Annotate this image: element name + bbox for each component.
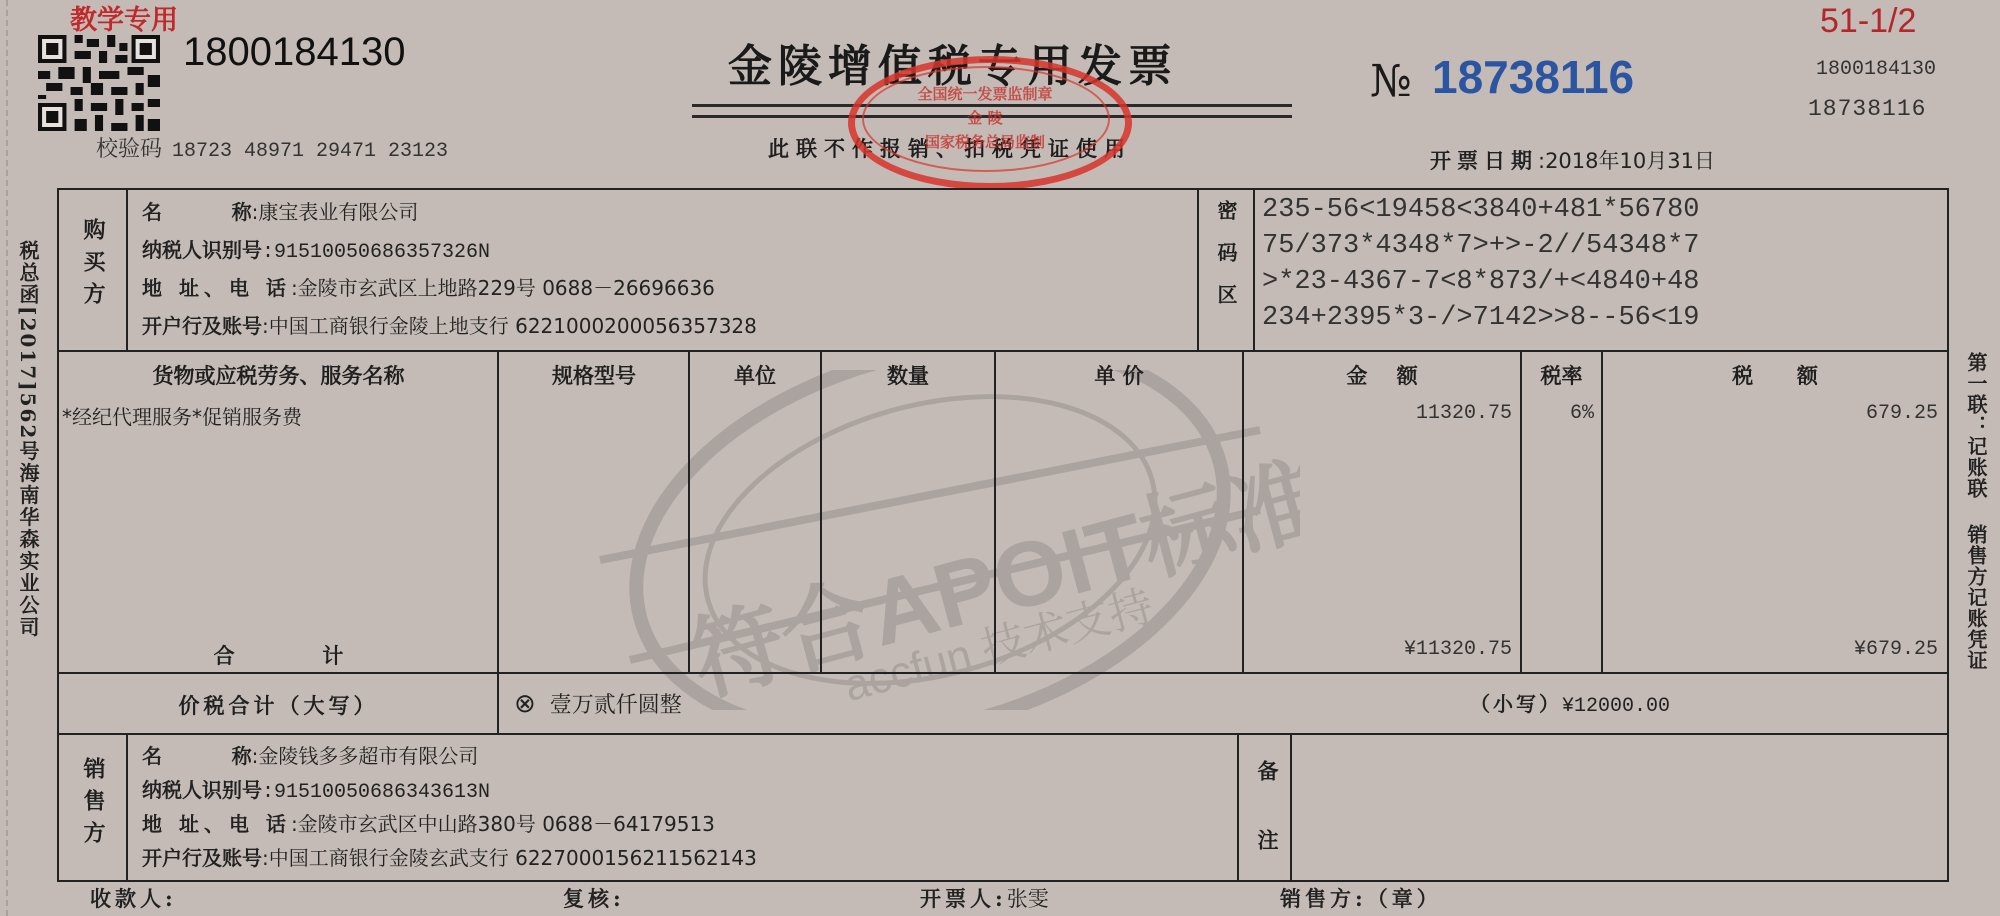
grand-total-small-row: （小写）¥12000.00: [1470, 688, 1670, 718]
header-spec: 规格型号: [500, 360, 688, 390]
seller-address: :金陵市玄武区中山路380号 0688－64179513: [291, 812, 715, 836]
buyer-name: :康宝表业有限公司: [252, 200, 419, 224]
password-label-divider: [1253, 188, 1255, 350]
seller-bank-row: 开户行及账号:中国工商银行金陵玄武支行 6227000156211562143: [142, 842, 757, 871]
seller-address-row: 地 址、电 话:金陵市玄武区中山路380号 0688－64179513: [142, 808, 715, 837]
col-divider-1: [497, 350, 499, 733]
table-right-border: [1947, 188, 1949, 882]
grand-total-uppercase: 壹万贰仟圆整: [550, 693, 682, 718]
drawer-name: 张雯: [1007, 887, 1049, 911]
seller-label-divider: [126, 733, 128, 880]
issue-date-label: 开票日期: [1430, 148, 1538, 173]
teaching-use-mark: 教学专用: [70, 0, 178, 37]
total-amount: ¥11320.75: [1250, 638, 1512, 661]
total-bottom-border: [57, 733, 1949, 735]
payee: 收款人:: [90, 883, 177, 913]
qr-code-icon: [38, 35, 160, 131]
apoit-watermark-icon: 符合APOIT标准 accfun 技术支持: [560, 370, 1300, 710]
number-symbol: №: [1370, 56, 1412, 107]
right-invoice-code: 1800184130: [1816, 58, 1936, 81]
grand-total-label: 价税合计（大写）: [60, 690, 497, 720]
col-divider-2: [688, 350, 690, 672]
password-line: 234+2395*3-/>7142>>8--56<19: [1262, 300, 1699, 336]
col-divider-6: [1520, 350, 1522, 672]
seller-bank: :中国工商银行金陵玄武支行 6227000156211562143: [262, 846, 757, 870]
form-code: 51-1/2: [1820, 2, 1916, 41]
table-bottom-border: [57, 880, 1949, 882]
buyer-bottom-border: [57, 350, 1949, 352]
check-code-value: 18723 48971 29471 23123: [172, 140, 448, 163]
header-amount: 金 额: [1244, 360, 1520, 390]
buyer-password-divider: [1197, 188, 1199, 350]
buyer-taxid-row: 纳税人识别号:91510050686357326N: [142, 234, 490, 264]
buyer-tax-id: :91510050686357326N: [262, 241, 490, 264]
password-line: 235-56<19458<3840+481*56780: [1262, 192, 1699, 228]
remark-label-divider: [1290, 733, 1292, 880]
col-divider-3: [820, 350, 822, 672]
check-code: 校验码18723 48971 29471 23123: [96, 132, 448, 163]
header-unit: 单位: [690, 360, 820, 390]
item-tax-rate: 6%: [1522, 402, 1594, 425]
supervision-stamp-text: 全国统一发票监制章 金 陵 国家税务总局监制: [880, 82, 1090, 154]
issue-date-value: :2018年10月31日: [1538, 149, 1715, 173]
header-goods-name: 货物或应税劳务、服务名称: [60, 360, 497, 390]
buyer-name-row: 名 称:康宝表业有限公司: [142, 196, 418, 225]
header-tax-rate: 税率: [1522, 360, 1601, 390]
buyer-address: :金陵市玄武区上地路229号 0688－26696636: [291, 276, 715, 300]
copy-designation-text: 第一联：记账联 销售方记账凭证: [1962, 352, 1991, 671]
reviewer: 复核:: [563, 883, 625, 913]
grand-total-small-value: ¥12000.00: [1562, 695, 1670, 718]
buyer-section-label: 购买方: [78, 218, 109, 314]
seller-remark-divider: [1237, 733, 1239, 880]
password-area: 235-56<19458<3840+481*56780 75/373*4348*…: [1262, 192, 1699, 336]
item-tax-amount: 679.25: [1610, 402, 1938, 425]
invoice-code: 1800184130: [183, 30, 405, 75]
seller-seal: 销售方:（章）: [1280, 883, 1442, 913]
buyer-bank: :中国工商银行金陵上地支行 6221000200056357328: [262, 314, 757, 338]
password-line: >*23-4367-7<8*873/+<4840+48: [1262, 264, 1699, 300]
buyer-label-divider: [126, 188, 128, 350]
seller-section-label: 销售方: [78, 757, 109, 853]
col-divider-7: [1601, 350, 1603, 672]
svg-text:accfun 技术支持: accfun 技术支持: [839, 582, 1159, 710]
password-area-label: 密码区: [1212, 200, 1241, 326]
svg-text:符合APOIT标准: 符合APOIT标准: [681, 447, 1300, 710]
right-invoice-number: 18738116: [1808, 96, 1926, 122]
table-left-border: [57, 188, 59, 882]
seller-tax-id: :91510050686343613N: [262, 781, 490, 804]
header-quantity: 数量: [822, 360, 994, 390]
drawer: 开票人:张雯: [920, 883, 1049, 913]
seller-taxid-row: 纳税人识别号:91510050686343613N: [142, 774, 490, 804]
seller-name-row: 名 称:金陵钱多多超市有限公司: [142, 740, 478, 769]
items-bottom-border: [57, 672, 1949, 674]
seller-name: :金陵钱多多超市有限公司: [252, 744, 479, 768]
col-divider-4: [994, 350, 996, 672]
total-tax: ¥679.25: [1610, 638, 1938, 661]
total-label: 合 计: [60, 640, 497, 670]
invoice-number: 18738116: [1432, 50, 1634, 104]
item-amount: 11320.75: [1250, 402, 1512, 425]
buyer-address-row: 地 址、电 话:金陵市玄武区上地路229号 0688－26696636: [142, 272, 715, 301]
header-unit-price: 单 价: [996, 360, 1242, 390]
header-tax-amount: 税 额: [1603, 360, 1947, 390]
buyer-bank-row: 开户行及账号:中国工商银行金陵上地支行 6221000200056357328: [142, 310, 757, 339]
grand-total-uppercase-row: ⊗壹万贰仟圆整: [514, 688, 682, 719]
perforation-line: [6, 0, 8, 916]
cross-circle-icon: ⊗: [514, 689, 536, 719]
issue-date: 开票日期:2018年10月31日: [1430, 145, 1715, 175]
table-top-border: [57, 188, 1949, 190]
col-divider-5: [1242, 350, 1244, 672]
printing-approval-text: 税总函[2017]562号海南华森实业公司: [14, 240, 43, 638]
remark-label: 备注: [1252, 760, 1282, 898]
item-name: *经纪代理服务*促销服务费: [62, 401, 302, 430]
password-line: 75/373*4348*7>+>-2//54348*7: [1262, 228, 1699, 264]
check-code-label: 校验码: [96, 137, 162, 162]
